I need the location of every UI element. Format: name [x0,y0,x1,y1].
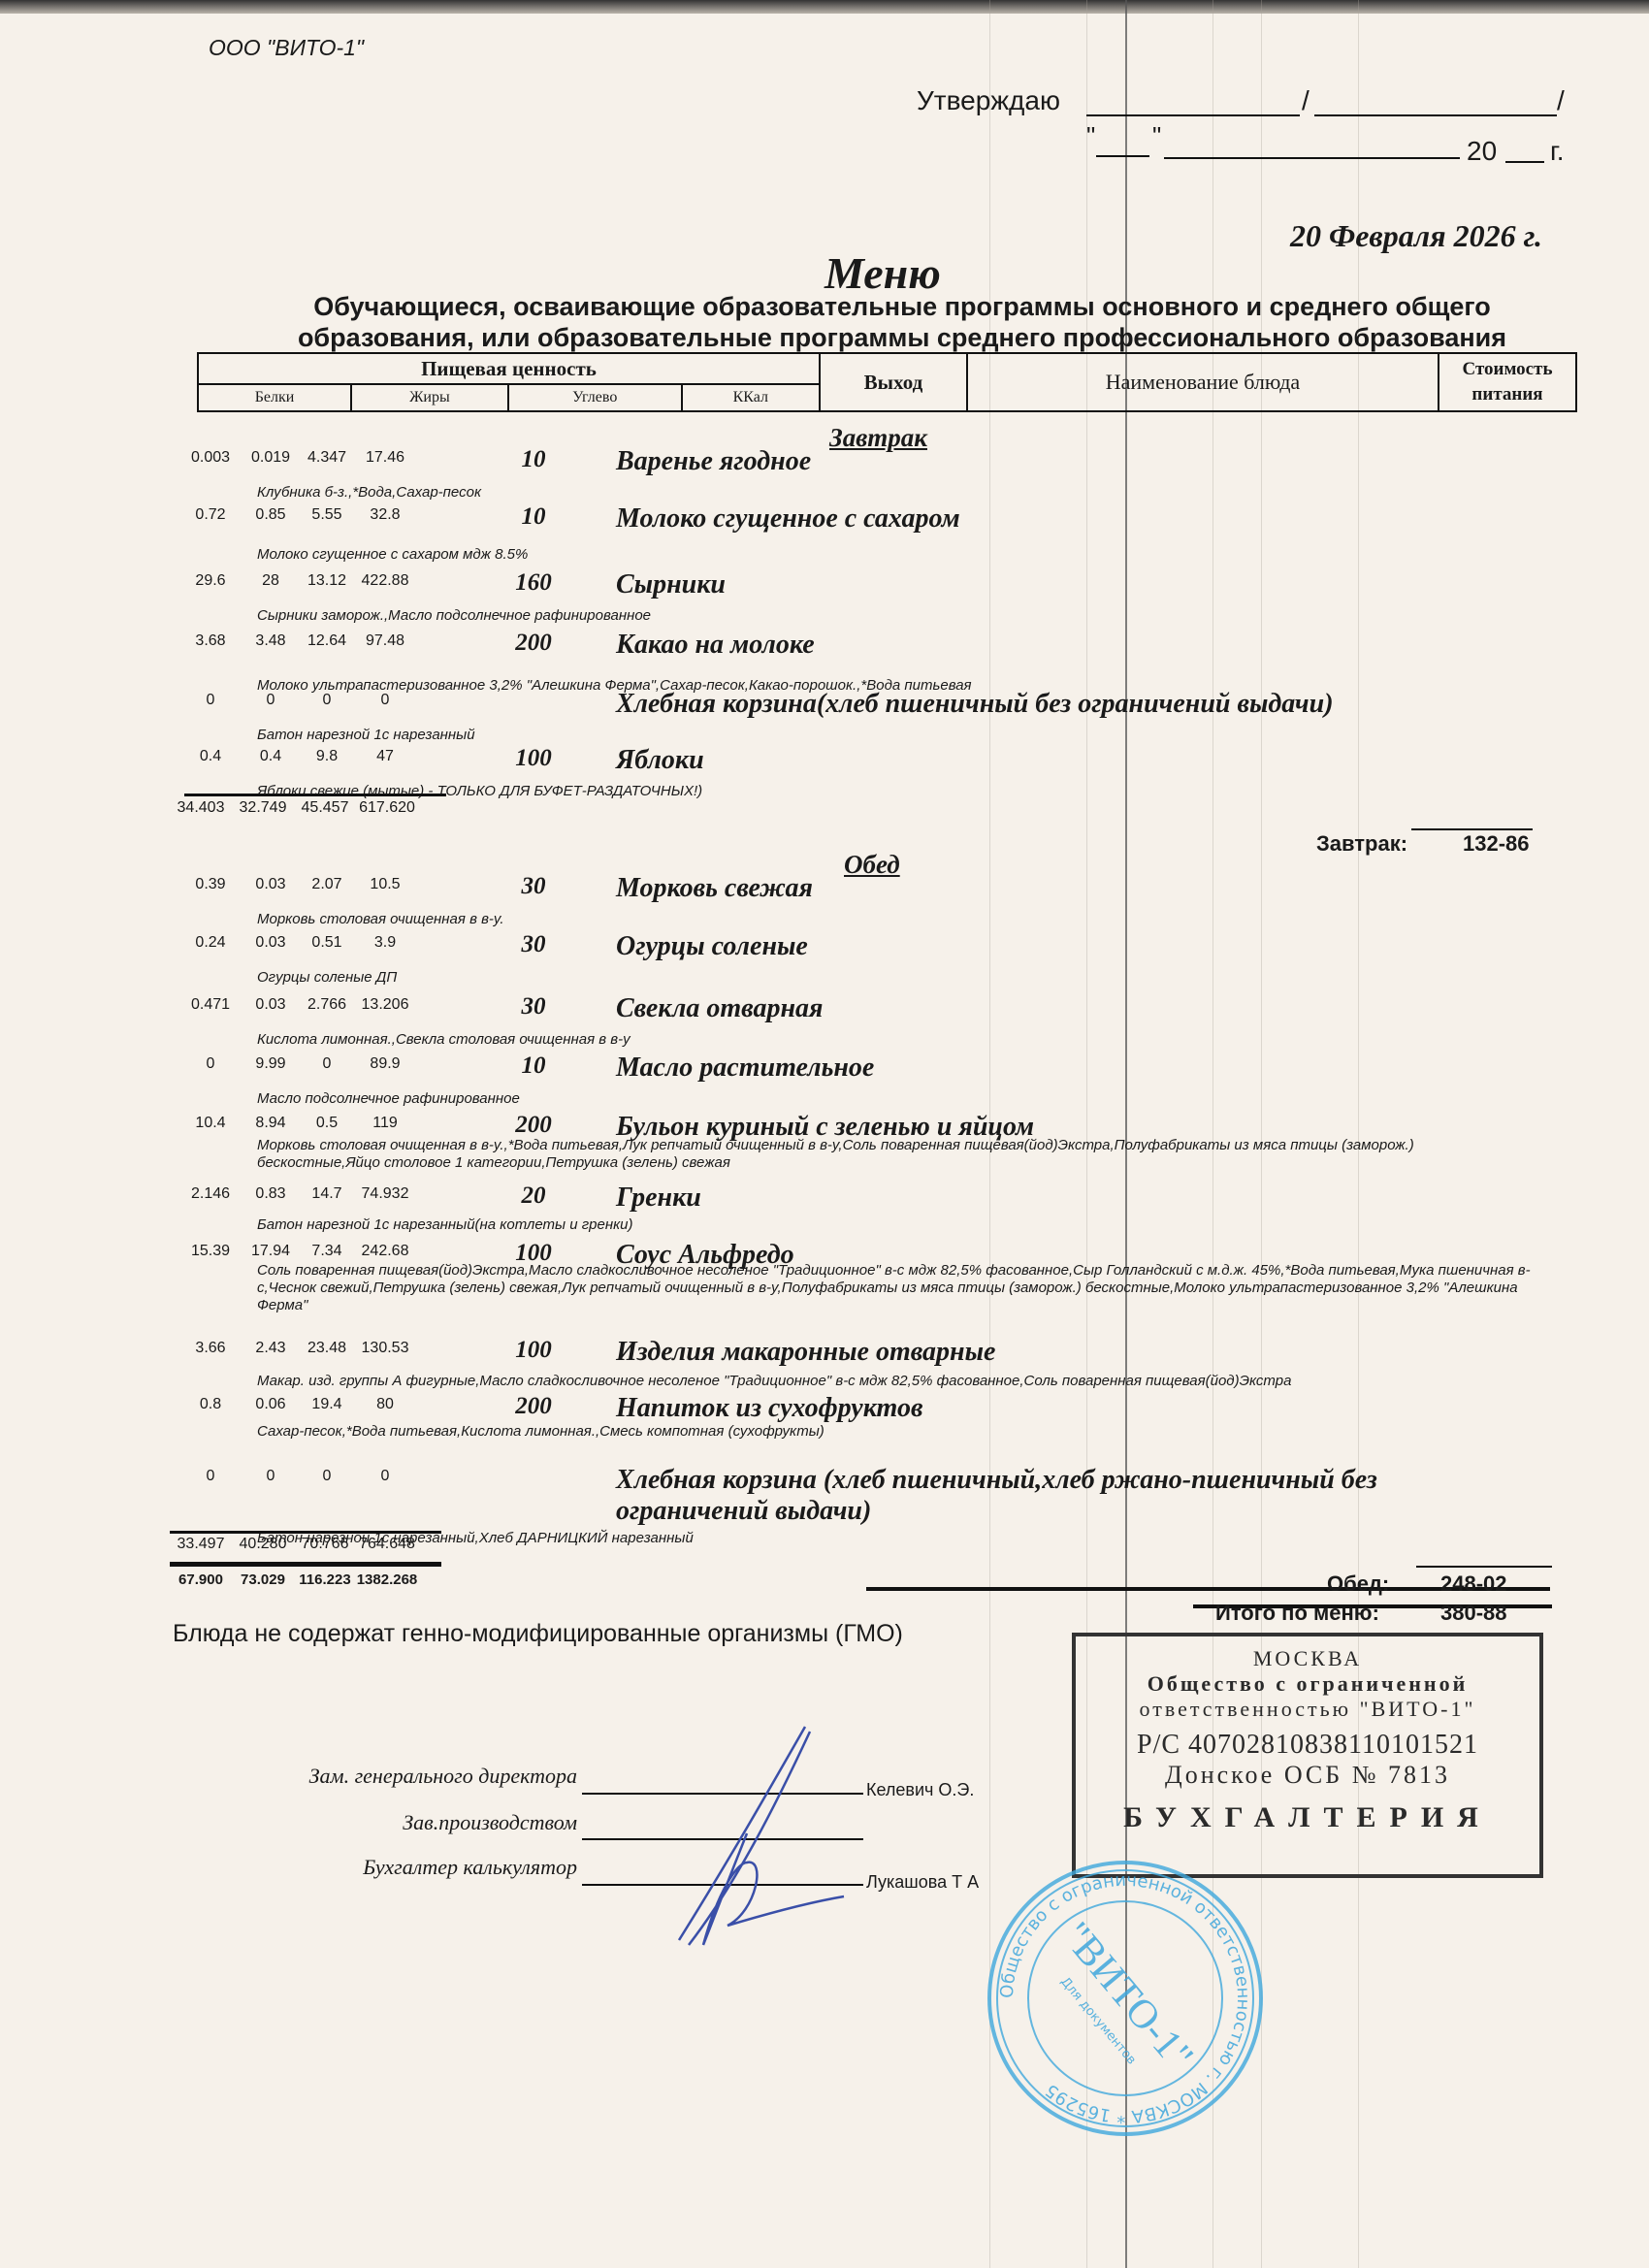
dish-name: Яблоки [616,745,704,776]
proteins-value: 0.003 [179,449,242,467]
dish-ingredients: Огурцы соленые ДП [257,969,1537,987]
fats-value: 0.03 [240,876,302,893]
breakfast-cost-value: 132-86 [1463,831,1530,857]
carbs-value: 4.347 [296,449,358,467]
yield-value: 100 [490,745,577,772]
page-subtitle: Обучающиеся, осваивающие образовательные… [242,291,1562,353]
dish-ingredients: Сырники замор​ож.,Масло подсолнечное раф… [257,607,1537,625]
grand-cost-value: 380-88 [1440,1601,1507,1626]
approve-name-line [1314,114,1557,116]
carbs-value: 7.34 [296,1243,358,1260]
proteins-value: 0.8 [179,1396,242,1413]
dish-name: Гренки [616,1183,701,1214]
proteins-value: 3.68 [179,632,242,650]
fats-value: 0.83 [240,1185,302,1203]
proteins-value: 0.24 [179,934,242,952]
yield-value: 160 [490,569,577,597]
dish-ingredients: Батон нарезной 1с нарезанный [257,727,1537,744]
menu-table-header: Пищевая ценность Выход Наименование блюд… [197,352,1577,412]
kcal-value: 97.48 [354,632,416,650]
carbs-value: 19.4 [296,1396,358,1413]
cost-header: Стоимостьпитания [1439,353,1576,411]
yield-value: 20 [490,1183,577,1210]
fats-value: 3.48 [240,632,302,650]
yield-header: Выход [820,353,967,411]
proteins-value: 15.39 [179,1243,242,1260]
yield-value: 10 [490,446,577,473]
kcal-value: 10.5 [354,876,416,893]
grand-cost-label: Итого по меню: [1215,1601,1379,1626]
fats-value: 2.43 [240,1340,302,1357]
dish-name: Хлебная корзина (хлеб пшеничный,хлеб ржа… [616,1465,1411,1527]
dish-ingredients: Масло подсолнечное рафинированное [257,1090,1537,1108]
carbs-value: 12.64 [296,632,358,650]
fats-value: 0 [240,1468,302,1485]
yield-value: 200 [490,630,577,657]
signature-name-deputy-director: Келевич О.Э. [866,1780,974,1800]
dish-ingredients: Кислота лимонная.,Свекла столовая очищен… [257,1031,1537,1049]
dish-name: Молоко сгущенное с сахаром [616,503,960,535]
dish-ingredients: Батон нарезной 1с нарезанный,Хлеб ДАРНИЦ… [257,1530,1537,1547]
yield-value: 200 [490,1393,577,1420]
carbs-header: Углево [508,384,682,411]
carbs-value: 0.5 [296,1115,358,1132]
proteins-value: 0.39 [179,876,242,893]
yield-value: 30 [490,931,577,958]
kcal-value: 130.53 [354,1340,416,1357]
dish-name: Огурцы соленые [616,931,808,962]
approve-label: Утверждаю [917,85,1060,116]
approve-month-line [1164,157,1460,159]
kcal-value: 3.9 [354,934,416,952]
breakfast-cost-label: Завтрак: [1316,831,1407,857]
dish-ingredients: Сахар-песок,*Вода питьевая,Кислота лимон… [257,1423,1537,1441]
yield-value: 30 [490,873,577,900]
kcal-value: 0 [354,692,416,709]
dish-name: Морковь свежая [616,873,813,904]
kcal-value: 80 [354,1396,416,1413]
fats-header: Жиры [351,384,508,411]
dish-name: Напиток из сухофруктов [616,1393,922,1424]
approve-year-line [1505,161,1544,163]
approve-signature-line [1086,114,1300,116]
dish-name: Сырники [616,569,726,600]
dish-name: Какао на молоке [616,630,815,661]
fats-value: 0.03 [240,934,302,952]
fats-value: 17.94 [240,1243,302,1260]
dish-ingredients: Соль поваренная пищевая(йод)Экстра,Масло… [257,1262,1537,1314]
carbs-value: 14.7 [296,1185,358,1203]
dish-ingredients: Батон нарезной 1с нарезанный(на котлеты … [257,1216,1537,1234]
kcal-value: 17.46 [354,449,416,467]
proteins-value: 0 [179,692,242,709]
proteins-value: 29.6 [179,572,242,590]
lunch-section-title: Обед [844,850,900,880]
dish-ingredients: Яблоки свежие (мытые) - ТОЛЬКО ДЛЯ БУФЕТ… [257,783,1537,800]
grand-totals: 67.90073.029116.2231382.268 [170,1571,418,1588]
proteins-value: 2.146 [179,1185,242,1203]
proteins-header: Белки [198,384,351,411]
fats-value: 0.4 [240,748,302,765]
carbs-value: 5.55 [296,506,358,524]
accounting-stamp: МОСКВА Общество с ограниченной ответстве… [1072,1633,1543,1878]
carbs-value: 0 [296,1468,358,1485]
yield-value: 100 [490,1337,577,1364]
proteins-value: 0 [179,1055,242,1073]
proteins-value: 10.4 [179,1115,242,1132]
breakfast-totals: 34.40332.74945.457617.620 [170,799,418,817]
nutrition-group-header: Пищевая ценность [198,353,820,384]
signature-name-accountant: Лукашова Т А [866,1872,979,1893]
fats-value: 0.06 [240,1396,302,1413]
kcal-value: 74.932 [354,1185,416,1203]
lunch-cost-value: 248-02 [1440,1571,1507,1597]
dish-name-header: Наименование блюда [967,353,1439,411]
fats-value: 0.85 [240,506,302,524]
carbs-value: 0 [296,1055,358,1073]
round-company-seal: Общество с ограниченной ответственностью… [980,1853,1271,2144]
dish-name: Изделия макаронные отварные [616,1337,995,1368]
signature-role-production-head: Зав.производством [257,1810,577,1835]
fats-value: 0 [240,692,302,709]
dish-name: Свекла отварная [616,993,823,1024]
breakfast-section-title: Завтрак [829,423,927,453]
carbs-value: 13.12 [296,572,358,590]
proteins-value: 0.4 [179,748,242,765]
fats-value: 0.03 [240,996,302,1014]
kcal-value: 47 [354,748,416,765]
kcal-value: 0 [354,1468,416,1485]
kcal-value: 422.88 [354,572,416,590]
scan-top-edge [0,0,1649,14]
kcal-value: 119 [354,1115,416,1132]
signature-role-accountant: Бухгалтер калькулятор [257,1855,577,1880]
organization-name: ООО "ВИТО-1" [209,35,364,61]
dish-name: Хлебная корзина(хлеб пшеничный без огран… [616,689,1334,720]
dish-ingredients: Морковь столовая очищенная в в-у.,*Вода … [257,1137,1537,1172]
dish-name: Варенье ягодное [616,446,811,477]
dish-name: Масло растительное [616,1053,874,1084]
signature-role-deputy-director: Зам. генерального директора [257,1764,577,1789]
fats-value: 8.94 [240,1115,302,1132]
dish-ingredients: Молоко сгущенное с сахаром мдж 8.5% [257,546,1537,564]
dish-ingredients: Клубника б-з.,*Вода,Сахар-песок [257,484,1537,502]
fats-value: 9.99 [240,1055,302,1073]
fats-value: 0.019 [240,449,302,467]
proteins-value: 0.471 [179,996,242,1014]
kcal-value: 89.9 [354,1055,416,1073]
proteins-value: 0.72 [179,506,242,524]
carbs-value: 0.51 [296,934,358,952]
yield-value: 200 [490,1112,577,1139]
lunch-cost-label: Обед: [1327,1571,1389,1597]
approve-day-line [1096,155,1149,157]
dish-ingredients: Макар. изд. группы А фигурные,Масло слад… [257,1373,1537,1390]
carbs-value: 2.766 [296,996,358,1014]
kcal-value: 242.68 [354,1243,416,1260]
carbs-value: 2.07 [296,876,358,893]
gmo-note: Блюда не содержат генно-модифицированные… [173,1620,903,1648]
proteins-value: 0 [179,1468,242,1485]
fats-value: 28 [240,572,302,590]
kcal-value: 13.206 [354,996,416,1014]
dish-ingredients: Морковь столовая очищенная в в-у. [257,911,1537,928]
kcal-value: 32.8 [354,506,416,524]
carbs-value: 9.8 [296,748,358,765]
lunch-totals: 33.49740.28070.766764.648 [170,1536,418,1553]
yield-value: 10 [490,1053,577,1080]
menu-date: 20 Февраля 2026 г. [1290,218,1542,254]
carbs-value: 0 [296,692,358,709]
yield-value: 30 [490,993,577,1021]
carbs-value: 23.48 [296,1340,358,1357]
handwritten-signature [621,1717,854,1950]
proteins-value: 3.66 [179,1340,242,1357]
yield-value: 10 [490,503,577,531]
kcal-header: ККал [682,384,820,411]
